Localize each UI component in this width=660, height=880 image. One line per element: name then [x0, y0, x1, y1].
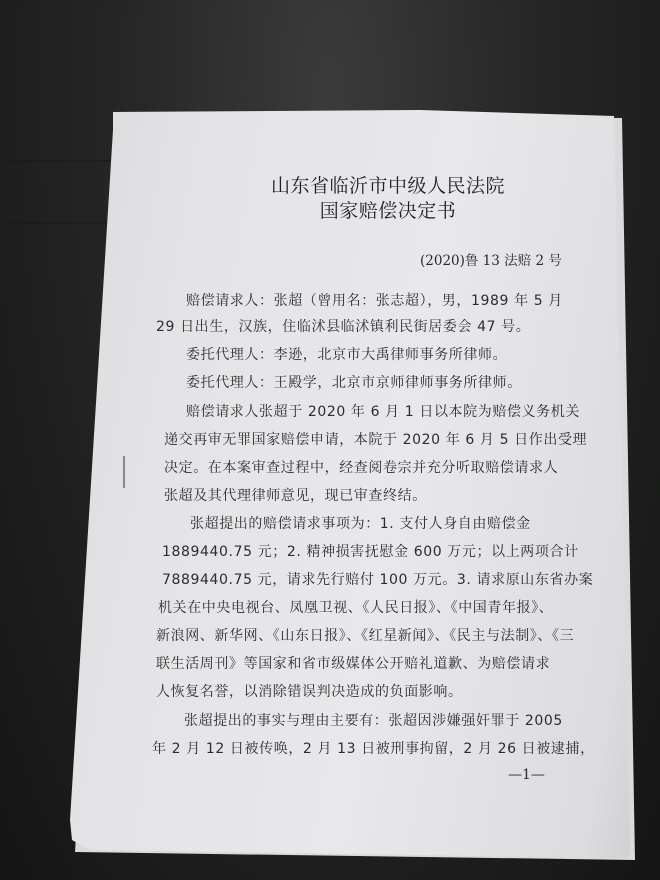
court-name: 山东省临沂市中级人民法院: [248, 171, 528, 198]
paragraph-2-line-4: 机关在中央电视台、凤凰卫视、《人民日报》、《中国青年报》、: [158, 597, 553, 617]
paragraph-1-line-1: 赔偿请求人张超于 2020 年 6 月 1 日以本院为赔偿义务机关: [186, 401, 580, 421]
paragraph-3-line-2: 年 2 月 12 日被传唤，2 月 13 日被刑事拘留，2 月 26 日被逮捕，: [152, 738, 595, 758]
document-type-title: 国家赔偿决定书: [248, 196, 528, 223]
paragraph-2-line-6: 联生活周刊》等国家和省市级媒体公开赔礼道歉、为赔偿请求: [156, 653, 550, 673]
paragraph-2-line-7: 人恢复名誉，以消除错误判决造成的负面影响。: [156, 681, 463, 701]
agent-1: 委托代理人：李逊，北京市大禹律师事务所律师。: [186, 344, 507, 364]
paragraph-2-line-3: 7889440.75 元，请求先行赔付 100 万元。3. 请求原山东省办案: [162, 569, 593, 589]
page-number: —1—: [508, 767, 545, 783]
document-content: 山东省临沂市中级人民法院 国家赔偿决定书 (2020)鲁 13 法赔 2 号 赔…: [0, 0, 660, 880]
paragraph-2-line-5: 新浪网、新华网、《山东日报》、《红星新闻》、《民主与法制》、《三: [156, 625, 574, 645]
claimant-line-1: 赔偿请求人：张超（曾用名：张志超），男，1989 年 5 月: [186, 290, 563, 310]
paragraph-2-line-1: 张超提出的赔偿请求事项为：1. 支付人身自由赔偿金: [190, 513, 531, 533]
paragraph-1-line-4: 张超及其代理律师意见，现已审查终结。: [164, 485, 427, 505]
paragraph-2-line-2: 1889440.75 元；2. 精神损害抚慰金 600 万元；以上两项合计: [162, 541, 579, 561]
margin-mark: [123, 456, 125, 488]
paragraph-1-line-3: 决定。在本案审查过程中，经查阅卷宗并充分听取赔偿请求人: [164, 457, 558, 477]
claimant-line-2: 29 日出生，汉族，住临沭县临沭镇利民街居委会 47 号。: [156, 316, 530, 336]
paragraph-1-line-2: 递交再审无罪国家赔偿申请，本院于 2020 年 6 月 5 日作出受理: [164, 429, 587, 449]
case-number: (2020)鲁 13 法赔 2 号: [420, 249, 562, 269]
paragraph-3-line-1: 张超提出的事实与理由主要有：张超因涉嫌强奸罪于 2005: [184, 710, 563, 730]
agent-2: 委托代理人：王殿学，北京市京师律师事务所律师。: [186, 372, 522, 392]
